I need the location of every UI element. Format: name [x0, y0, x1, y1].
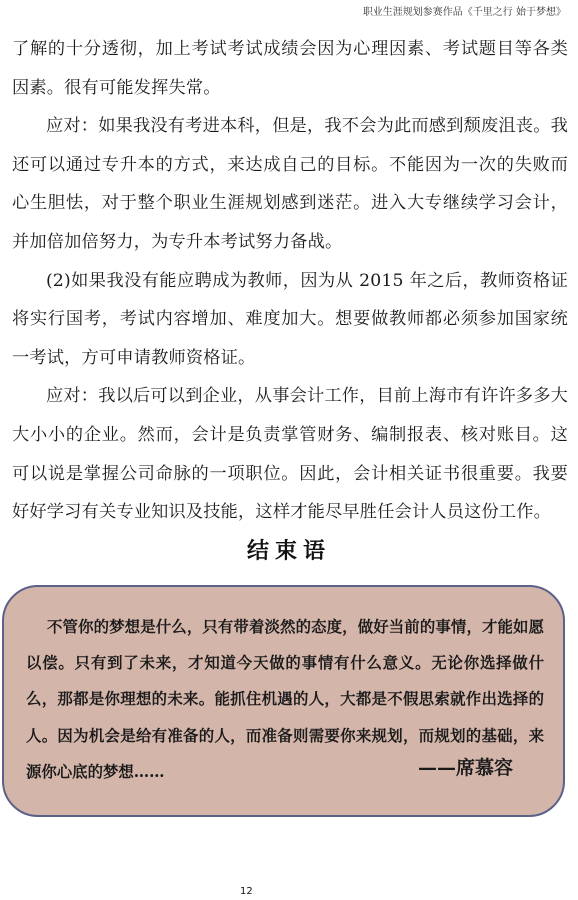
quote-box: 不管你的梦想是什么，只有带着淡然的态度，做好当前的事情，才能如愿以偿。只有到了未…: [2, 585, 565, 817]
section-title-conclusion: 结束语: [0, 534, 578, 565]
paragraph-teacher-risk: (2)如果我没有能应聘成为教师，因为从 2015 年之后，教师资格证将实行国考，…: [12, 262, 568, 378]
body-text: 了解的十分透彻，加上考试考试成绩会因为心理因素、考试题目等各类因素。很有可能发挥…: [12, 30, 568, 532]
quote-author: ——席慕容: [418, 753, 513, 780]
paragraph-response-undergrad: 应对：如果我没有考进本科，但是，我不会为此而感到颓废沮丧。我还可以通过专升本的方…: [12, 107, 568, 261]
page-number: 12: [240, 886, 253, 897]
paragraph-exam-factors: 了解的十分透彻，加上考试考试成绩会因为心理因素、考试题目等各类因素。很有可能发挥…: [12, 30, 568, 107]
paragraph-response-accounting: 应对：我以后可以到企业，从事会计工作，目前上海市有许许多多大大小小的企业。然而，…: [12, 377, 568, 531]
running-header: 职业生涯规划参赛作品《千里之行 始于梦想》: [363, 3, 566, 18]
